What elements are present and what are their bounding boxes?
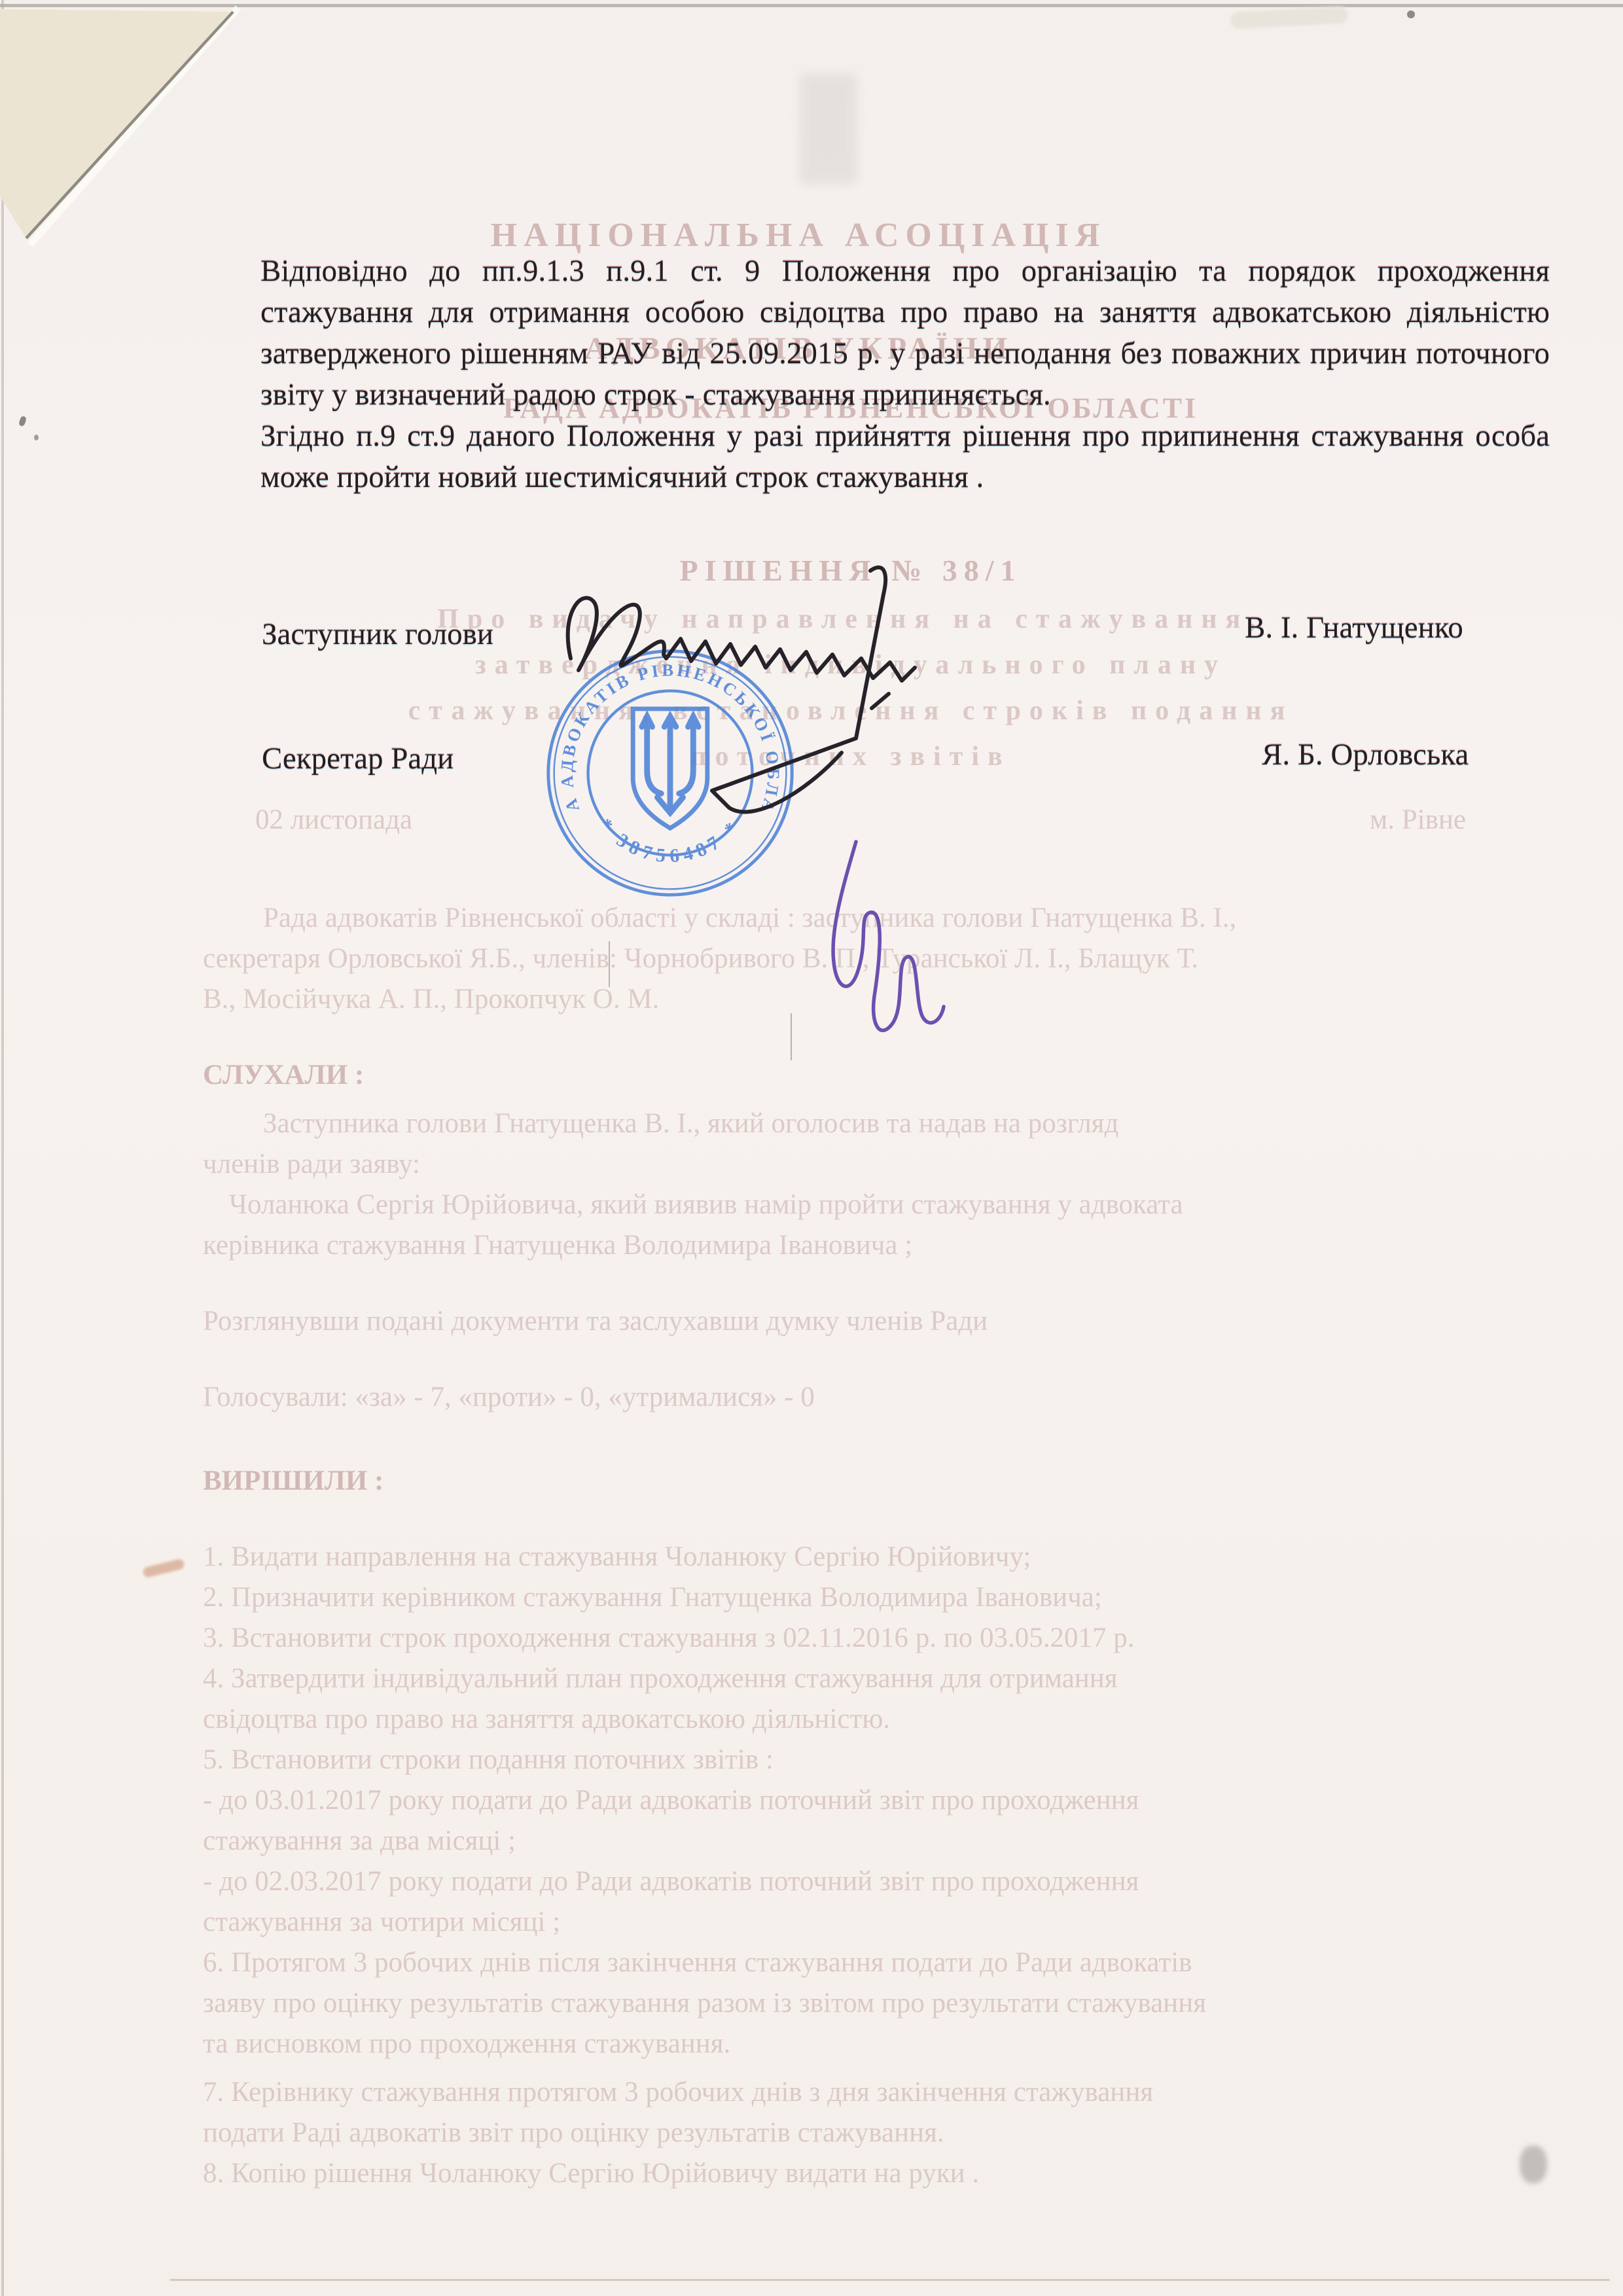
bleed-line: заяву про оцінку результатів стажування … bbox=[203, 1983, 1486, 2024]
scanned-page: НАЦІОНАЛЬНА АСОЦІАЦІЯ АДВОКАТІВ УКРАЇНИ … bbox=[0, 0, 1623, 2296]
bleed-decision-body: Рада адвокатів Рівненської області у скл… bbox=[203, 898, 1486, 2194]
bleed-line: подати Раді адвокатів звіт про оцінку ре… bbox=[203, 2113, 1486, 2153]
scan-hair-artifact bbox=[609, 941, 610, 987]
bleed-subject-line: стажування, встановлення строків подання bbox=[196, 695, 1505, 726]
bleed-line: ВИРІШИЛИ : bbox=[203, 1461, 1486, 1501]
bleed-date: 02 листопада bbox=[255, 804, 412, 836]
bleed-subject-line: затвердження індивідуального плану bbox=[196, 649, 1505, 681]
bleed-line: стажування за чотири місяці ; bbox=[203, 1902, 1486, 1943]
scan-left-edge bbox=[1, 0, 4, 2296]
bleed-line: - до 03.01.2017 року подати до Ради адво… bbox=[203, 1780, 1486, 1821]
bleed-line: 1. Видати направлення на стажування Чола… bbox=[203, 1537, 1486, 1577]
stamp-arc-text: РАДА АДВОКАТІВ РІВНЕНСЬКОЇ ОБЛАСТІ bbox=[542, 645, 783, 816]
bleed-line: Заступника голови Гнатущенка В. І., який… bbox=[203, 1103, 1486, 1144]
trident-icon bbox=[642, 717, 698, 813]
bleed-line: Голосували: «за» - 7, «проти» - 0, «утри… bbox=[203, 1377, 1486, 1418]
bleed-line: Розглянувши подані документи та заслухав… bbox=[203, 1301, 1486, 1342]
signature-name-hnatushchenko: В. І. Гнатущенко bbox=[1245, 610, 1463, 645]
bleed-line: 6. Протягом 3 робочих днів після закінче… bbox=[203, 1943, 1486, 1983]
folded-corner bbox=[0, 0, 275, 275]
paragraph: Згідно п.9 ст.9 даного Положення у разі … bbox=[260, 416, 1550, 498]
bleed-line: 8. Копію рішення Чоланюку Сергію Юрійови… bbox=[203, 2153, 1486, 2194]
bleed-line: членів ради заяву: bbox=[203, 1144, 1486, 1185]
bleed-city: м. Рівне bbox=[1283, 804, 1466, 836]
bleed-decision-number: РІШЕННЯ № 38/1 bbox=[196, 553, 1505, 588]
paper-crumple bbox=[1230, 6, 1348, 29]
emblem-bleed-smudge bbox=[800, 73, 857, 185]
svg-text:РАДА АДВОКАТІВ РІВНЕНСЬКОЇ ОБЛ: РАДА АДВОКАТІВ РІВНЕНСЬКОЇ ОБЛАСТІ bbox=[542, 645, 783, 816]
svg-text:* 38756487 *: * 38756487 * bbox=[595, 815, 746, 867]
signature-title-secretary: Секретар Ради bbox=[262, 741, 454, 776]
bleed-line: 4. Затвердити індивідуальний план проход… bbox=[203, 1659, 1486, 1699]
bleed-line: 3. Встановити строк проходження стажуван… bbox=[203, 1618, 1486, 1659]
speck bbox=[18, 416, 27, 427]
bleed-line: керівника стажування Гнатущенка Володими… bbox=[203, 1225, 1486, 1266]
ink-smudge bbox=[1520, 2145, 1547, 2183]
bleed-line: секретаря Орловської Я.Б., членів: Чорно… bbox=[203, 939, 1486, 979]
bleed-line: та висновком про проходження стажування. bbox=[203, 2024, 1486, 2064]
speck bbox=[1407, 10, 1415, 18]
scan-bottom-edge bbox=[170, 2279, 1610, 2281]
paragraph: Відповідно до пп.9.1.3 п.9.1 ст. 9 Полож… bbox=[260, 251, 1550, 416]
bleed-line: Чоланюка Сергія Юрійовича, який виявив н… bbox=[203, 1185, 1486, 1225]
bleed-line: Рада адвокатів Рівненської області у скл… bbox=[203, 898, 1486, 939]
bleed-line: 7. Керівнику стажування протягом 3 робоч… bbox=[203, 2072, 1486, 2113]
signature-title-deputy-head: Заступник голови bbox=[262, 617, 493, 652]
bleed-line: В., Мосійчука А. П., Прокопчук О. М. bbox=[203, 979, 1486, 1020]
scan-hair-artifact bbox=[791, 1013, 792, 1060]
signature-name-orlovska: Я. Б. Орловська bbox=[1262, 737, 1469, 772]
bleed-line: 2. Призначити керівником стажування Гнат… bbox=[203, 1577, 1486, 1618]
bleed-line: СЛУХАЛИ : bbox=[203, 1055, 1486, 1096]
bleed-line: - до 02.03.2017 року подати до Ради адво… bbox=[203, 1861, 1486, 1902]
bleed-letterhead-line1: НАЦІОНАЛЬНА АСОЦІАЦІЯ bbox=[196, 216, 1400, 255]
main-text-block: Відповідно до пп.9.1.3 п.9.1 ст. 9 Полож… bbox=[260, 251, 1550, 498]
pen-smudge bbox=[142, 1558, 185, 1578]
speck bbox=[34, 435, 39, 440]
bleed-line: свідоцтва про право на заняття адвокатсь… bbox=[203, 1699, 1486, 1740]
round-stamp: РАДА АДВОКАТІВ РІВНЕНСЬКОЇ ОБЛАСТІ * 387… bbox=[542, 645, 798, 901]
bleed-line: 5. Встановити строки подання поточних зв… bbox=[203, 1740, 1486, 1780]
bleed-line: стажування за два місяці ; bbox=[203, 1821, 1486, 1861]
stamp-number-text: * 38756487 * bbox=[595, 815, 746, 867]
